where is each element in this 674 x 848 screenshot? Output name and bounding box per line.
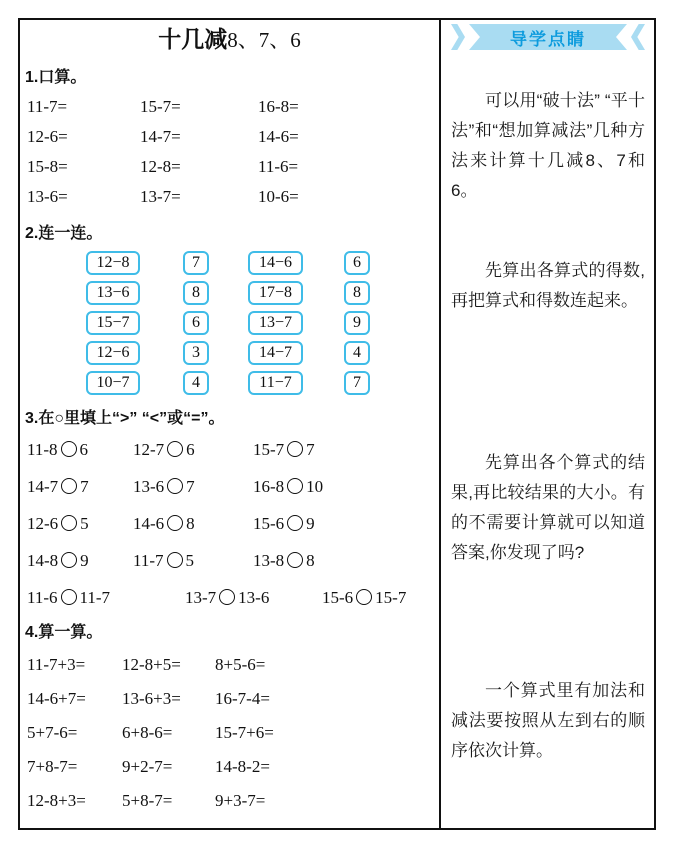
problem-cell: 9+2-7= <box>122 750 215 784</box>
match-row: 13−6 8 17−8 8 <box>20 281 439 305</box>
guide-banner-ribbon: 导学点睛 <box>469 24 627 50</box>
comparison-circle <box>219 589 235 605</box>
problem-cell: 13-7= <box>140 182 258 212</box>
comparison-circle <box>61 441 77 457</box>
guide-paragraph: 先算出各算式的得数,再把算式和得数连起来。 <box>451 256 645 316</box>
match-box-number: 7 <box>344 371 370 395</box>
guide-banner-title: 导学点睛 <box>510 25 586 50</box>
guide-banner: 导学点睛 <box>451 24 645 50</box>
problem-cell: 10-6= <box>258 182 439 212</box>
comparison-cell: 13-713-6 <box>185 588 322 608</box>
comparison-cell: 14-77 <box>27 477 133 497</box>
comparison-row: 12-65 14-68 15-69 <box>20 505 439 542</box>
comparison-circle <box>287 515 303 531</box>
comparison-row: 11-611-7 13-713-6 15-615-7 <box>20 579 439 616</box>
match-row: 10−7 4 11−7 7 <box>20 371 439 395</box>
chevron-left-icon <box>631 24 645 50</box>
problem-cell: 11-7= <box>27 92 140 122</box>
match-box-expression: 13−6 <box>86 281 140 305</box>
comparison-circle <box>61 515 77 531</box>
guide-sidebar: 导学点睛 可以用“破十法” “平十法”和“想加算减法”几种方法来计算十几减8、7… <box>441 20 654 828</box>
guide-paragraph: 可以用“破十法” “平十法”和“想加算减法”几种方法来计算十几减8、7和6。 <box>451 86 645 206</box>
section-3-comparisons: 11-86 12-76 15-77 14-77 13-67 16-810 12-… <box>20 431 439 616</box>
problem-cell: 9+3-7= <box>215 784 439 818</box>
worksheet-frame: 十几减8、7、6 1.口算。 11-7= 15-7= 16-8= 12-6= 1… <box>18 18 656 830</box>
comparison-cell: 13-88 <box>253 551 439 571</box>
problem-cell: 6+8-6= <box>122 716 215 750</box>
page-title-numbers: 8、7、6 <box>227 28 301 52</box>
match-box-expression: 14−7 <box>248 341 303 365</box>
problem-cell: 14-6= <box>258 122 439 152</box>
section-4-heading: 4.算一算。 <box>20 621 439 645</box>
comparison-circle <box>287 478 303 494</box>
comparison-circle <box>61 589 77 605</box>
section-2-heading: 2.连一连。 <box>20 222 439 246</box>
match-box-number: 6 <box>183 311 209 335</box>
match-box-number: 3 <box>183 341 209 365</box>
problem-cell: 11-6= <box>258 152 439 182</box>
comparison-circle <box>61 478 77 494</box>
match-box-expression: 14−6 <box>248 251 303 275</box>
problem-cell: 5+7-6= <box>27 716 122 750</box>
comparison-circle <box>167 515 183 531</box>
main-column: 十几减8、7、6 1.口算。 11-7= 15-7= 16-8= 12-6= 1… <box>20 20 441 828</box>
section-1-problems: 11-7= 15-7= 16-8= 12-6= 14-7= 14-6= 15-8… <box>20 92 439 212</box>
problem-cell: 7+8-7= <box>27 750 122 784</box>
problem-cell: 13-6= <box>27 182 140 212</box>
problem-cell: 14-7= <box>140 122 258 152</box>
match-box-expression: 10−7 <box>86 371 140 395</box>
comparison-circle <box>287 552 303 568</box>
comparison-cell: 15-69 <box>253 514 439 534</box>
comparison-cell: 13-67 <box>133 477 253 497</box>
problem-cell: 14-6+7= <box>27 682 122 716</box>
match-box-number: 4 <box>344 341 370 365</box>
comparison-circle <box>167 441 183 457</box>
comparison-circle <box>167 478 183 494</box>
match-box-number: 7 <box>183 251 209 275</box>
page-title: 十几减8、7、6 <box>20 24 439 58</box>
comparison-row: 14-77 13-67 16-810 <box>20 468 439 505</box>
comparison-cell: 15-77 <box>253 440 439 460</box>
problem-cell: 16-8= <box>258 92 439 122</box>
comparison-row: 14-89 11-75 13-88 <box>20 542 439 579</box>
comparison-cell: 14-68 <box>133 514 253 534</box>
comparison-cell: 11-86 <box>27 440 133 460</box>
problem-cell: 16-7-4= <box>215 682 439 716</box>
comparison-cell: 14-89 <box>27 551 133 571</box>
problem-cell: 12-8+5= <box>122 648 215 682</box>
match-box-expression: 15−7 <box>86 311 140 335</box>
match-box-expression: 11−7 <box>248 371 303 395</box>
match-box-expression: 13−7 <box>248 311 303 335</box>
match-row: 12−8 7 14−6 6 <box>20 251 439 275</box>
problem-cell: 14-8-2= <box>215 750 439 784</box>
match-row: 12−6 3 14−7 4 <box>20 341 439 365</box>
section-1-heading: 1.口算。 <box>20 66 439 90</box>
problem-cell: 12-8+3= <box>27 784 122 818</box>
problem-cell: 12-8= <box>140 152 258 182</box>
guide-paragraph: 一个算式里有加法和减法要按照从左到右的顺序依次计算。 <box>451 676 645 766</box>
guide-paragraph: 先算出各个算式的结果,再比较结果的大小。有的不需要计算就可以知道答案,你发现了吗… <box>451 448 645 568</box>
comparison-cell: 16-810 <box>253 477 439 497</box>
match-box-number: 8 <box>344 281 370 305</box>
problem-cell: 13-6+3= <box>122 682 215 716</box>
comparison-circle <box>61 552 77 568</box>
page-title-text: 十几减 <box>158 26 227 52</box>
section-3-heading: 3.在○里填上“>” “<”或“=”。 <box>20 407 439 431</box>
chevron-right-icon <box>451 24 465 50</box>
comparison-cell: 11-75 <box>133 551 253 571</box>
comparison-cell: 15-615-7 <box>322 588 439 608</box>
comparison-cell: 12-65 <box>27 514 133 534</box>
match-box-number: 6 <box>344 251 370 275</box>
problem-cell: 8+5-6= <box>215 648 439 682</box>
problem-cell: 12-6= <box>27 122 140 152</box>
match-box-expression: 12−6 <box>86 341 140 365</box>
match-box-expression: 17−8 <box>248 281 303 305</box>
match-box-expression: 12−8 <box>86 251 140 275</box>
problem-cell: 15-7= <box>140 92 258 122</box>
match-box-number: 4 <box>183 371 209 395</box>
section-2-matching: 12−8 7 14−6 6 13−6 8 17−8 8 15−7 6 13−7 … <box>20 251 439 395</box>
problem-cell: 11-7+3= <box>27 648 122 682</box>
problem-cell: 5+8-7= <box>122 784 215 818</box>
comparison-circle <box>287 441 303 457</box>
comparison-cell: 11-611-7 <box>27 588 185 608</box>
section-4-problems: 11-7+3= 12-8+5= 8+5-6= 14-6+7= 13-6+3= 1… <box>20 648 439 818</box>
match-row: 15−7 6 13−7 9 <box>20 311 439 335</box>
comparison-cell: 12-76 <box>133 440 253 460</box>
comparison-row: 11-86 12-76 15-77 <box>20 431 439 468</box>
problem-cell: 15-7+6= <box>215 716 439 750</box>
problem-cell: 15-8= <box>27 152 140 182</box>
comparison-circle <box>167 552 183 568</box>
match-box-number: 9 <box>344 311 370 335</box>
comparison-circle <box>356 589 372 605</box>
match-box-number: 8 <box>183 281 209 305</box>
